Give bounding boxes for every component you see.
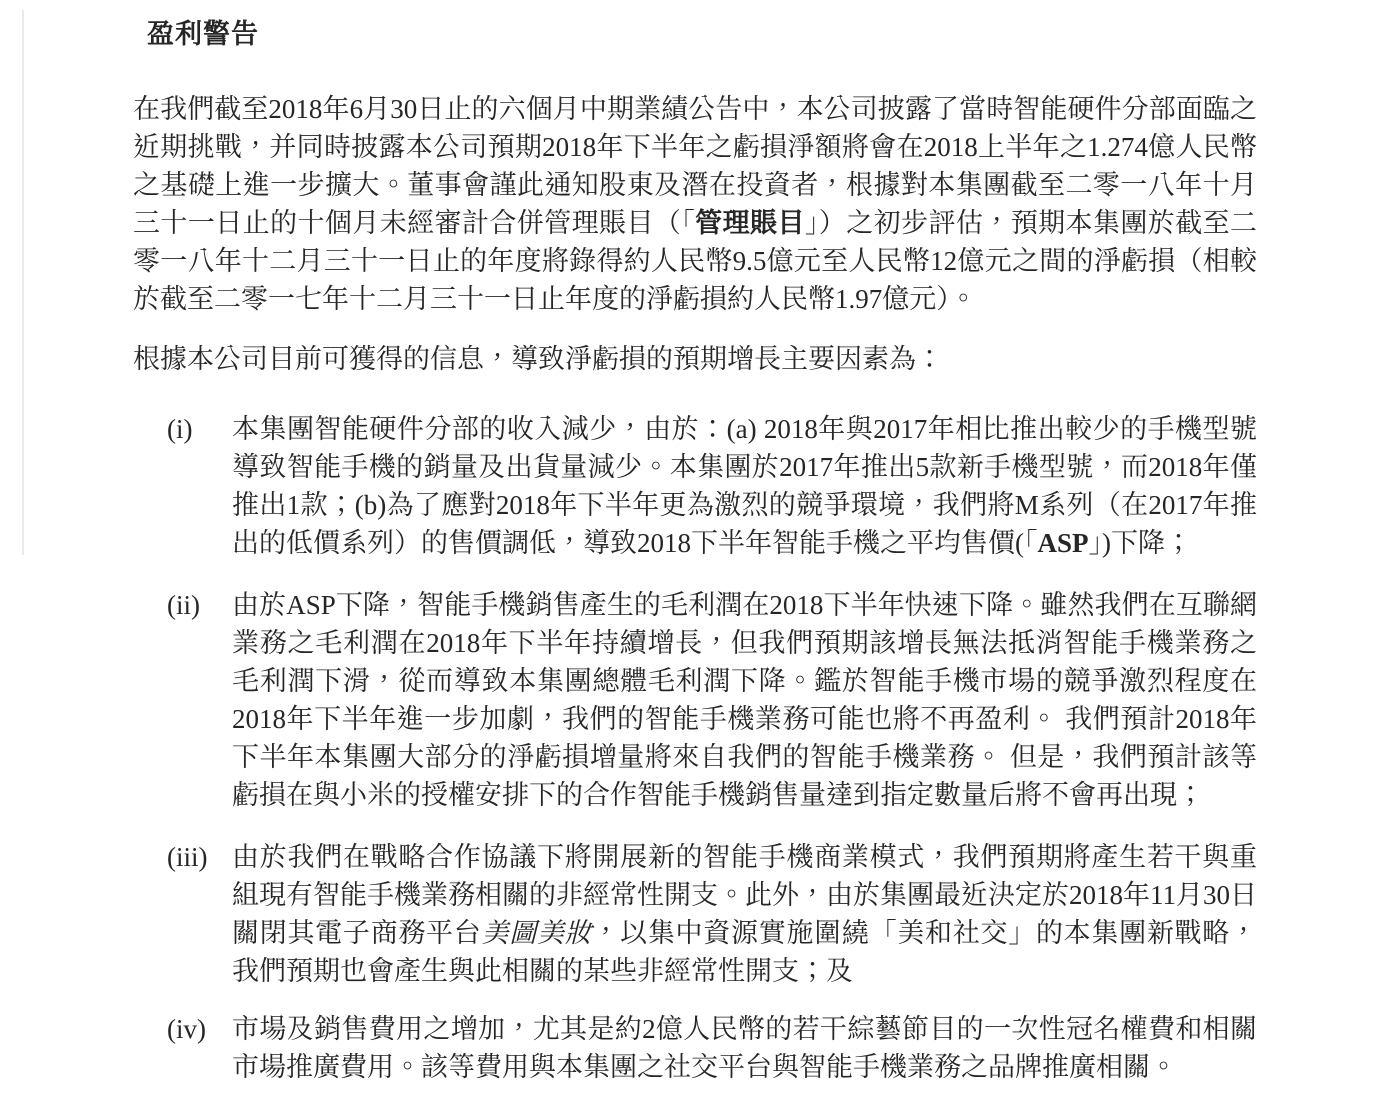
paragraph1-defined-term: 管理賬目 [695,208,805,238]
list-item: (iv) 市場及銷售費用之增加，尤其是約2億人民幣的若干綜藝節目的一次性冠名權費… [133,1010,1257,1086]
factors-list: (i) 本集團智能硬件分部的收入減少，由於：(a) 2018年與2017年相比推… [133,410,1257,1086]
list-marker-ii: (ii) [133,586,232,624]
page-title: 盈利警告 [147,0,1257,52]
item-iv-text: 市場及銷售費用之增加，尤其是約2億人民幣的若干綜藝節目的一次性冠名權費和相關市場… [232,1014,1257,1082]
paragraph-profit-warning-intro: 在我們截至2018年6月30日止的六個月中期業績公告中，本公司披露了當時智能硬件… [133,90,1257,318]
list-item-text-ii: 由於ASP下降，智能手機銷售產生的毛利潤在2018下半年快速下降。雖然我們在互聯… [232,586,1257,814]
item-i-text-cont: 」)下降； [1089,528,1193,558]
paragraph-factors-lead-in: 根據本公司目前可獲得的信息，導致淨虧損的預期增長主要因素為： [133,340,1257,378]
list-marker-i: (i) [133,410,232,448]
item-iii-platform-name: 美圖美妝 [482,918,593,948]
list-item: (i) 本集團智能硬件分部的收入減少，由於：(a) 2018年與2017年相比推… [133,410,1257,562]
list-item-text-i: 本集團智能硬件分部的收入減少，由於：(a) 2018年與2017年相比推出較少的… [232,410,1257,562]
list-item: (iii) 由於我們在戰略合作協議下將開展新的智能手機商業模式，我們預期將產生若… [133,838,1257,990]
item-i-defined-term: ASP [1038,528,1089,558]
list-marker-iv: (iv) [133,1010,232,1048]
list-item: (ii) 由於ASP下降，智能手機銷售產生的毛利潤在2018下半年快速下降。雖然… [133,586,1257,814]
document-page: 盈利警告 在我們截至2018年6月30日止的六個月中期業績公告中，本公司披露了當… [0,0,1400,1120]
document-content: 盈利警告 在我們截至2018年6月30日止的六個月中期業績公告中，本公司披露了當… [133,0,1257,1086]
item-ii-text: 由於ASP下降，智能手機銷售產生的毛利潤在2018下半年快速下降。雖然我們在互聯… [232,590,1257,810]
list-item-text-iv: 市場及銷售費用之增加，尤其是約2億人民幣的若干綜藝節目的一次性冠名權費和相關市場… [232,1010,1257,1086]
page-edge-line [22,10,24,555]
list-item-text-iii: 由於我們在戰略合作協議下將開展新的智能手機商業模式，我們預期將產生若干與重組現有… [232,838,1257,990]
list-marker-iii: (iii) [133,838,232,876]
